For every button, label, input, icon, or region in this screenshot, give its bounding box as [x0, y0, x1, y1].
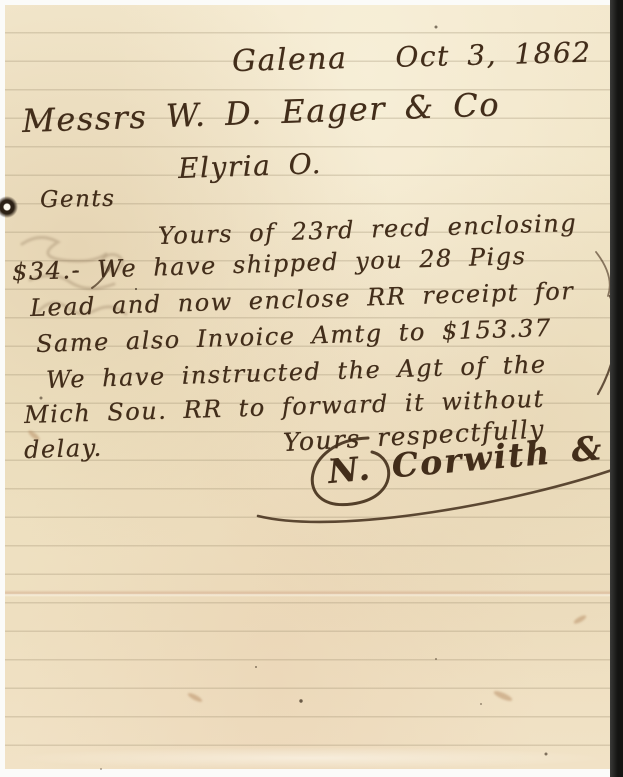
paper-stain [187, 692, 203, 704]
bottom-crease-highlight [5, 747, 615, 769]
dateline-place: Galena [232, 41, 348, 79]
edge-ink-blot [0, 196, 20, 218]
body-line: delay. [24, 434, 103, 464]
scan-edge-right [610, 0, 623, 777]
salutation: Gents [40, 186, 116, 213]
dateline-date: Oct 3, 1862 [395, 36, 592, 74]
paper-stain [573, 614, 588, 625]
recipient-place: Elyria O. [177, 147, 322, 185]
letter-scan-photo: GalenaOct 3, 1862 Messrs W. D. Eager & C… [0, 0, 623, 777]
paper-stain [493, 689, 514, 703]
fold-crease [5, 590, 623, 597]
